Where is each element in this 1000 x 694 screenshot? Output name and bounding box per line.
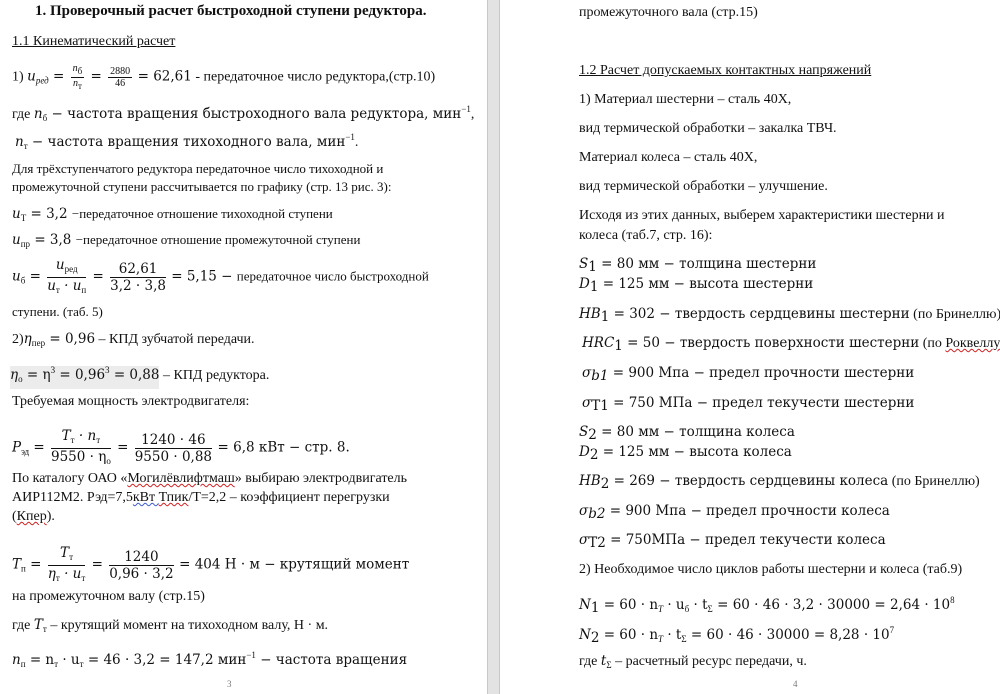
material-line-1: 1) Материал шестерни – сталь 40Х, [579, 91, 791, 108]
grammar-check-word[interactable]: кВт [133, 490, 159, 505]
property-sigma-b1: σb1 = 900 Мпа − предел прочности шестерн… [582, 365, 914, 385]
formula-n1: N1 = 60 · nT · uб · tΣ = 60 · 46 · 3,2 ·… [579, 592, 955, 618]
fraction: 1240 · 469550 · 0,88 [135, 432, 212, 465]
property-d2: D2 = 125 мм − высота колеса [579, 444, 792, 464]
formula-n-p: nп = nт · uт = 46 · 3,2 = 147,2 мин−1 − … [12, 647, 407, 673]
formula-n2: N2 = 60 · nT · tΣ = 60 · 46 · 30000 = 8,… [579, 622, 894, 648]
definition-n-t: nт − частота вращения тихоходного вала, … [15, 129, 358, 155]
definition-n-b: где nб − частота вращения быстроходного … [12, 101, 474, 127]
fraction: nбnт [71, 63, 85, 92]
document-page-3: 1. Проверочный расчет быстроходной ступе… [0, 0, 488, 694]
catalog-line-3: (Кпер). [12, 508, 55, 525]
t-p-continuation: на промежуточном валу (стр.15) [12, 588, 205, 605]
definition-t-t: где Tт – крутящий момент на тихоходном в… [12, 617, 328, 638]
formula-u-red: 1) uред = nбnт = 288046 = 62,61 - переда… [12, 63, 435, 92]
section-heading: 1. Проверочный расчет быстроходной ступе… [35, 3, 426, 20]
formula-u-b: uб = uредuт · uп = 62,613,2 · 3,8 = 5,15… [12, 257, 429, 298]
property-s2: S2 = 80 мм − толщина колеса [579, 424, 795, 444]
subsection-heading-kinematic: 1.1 Кинематический расчет [12, 33, 175, 50]
material-line-2: вид термической обработки – закалка ТВЧ. [579, 120, 837, 137]
continuation-text: промежуточного вала (стр.15) [579, 4, 758, 21]
selection-highlight: ηо = η3 = 0,963 = 0,88 [10, 366, 159, 389]
property-hb1: HB1 = 302 − твердость сердцевины шестерн… [579, 306, 1000, 326]
material-line-3: Материал колеса – сталь 40Х, [579, 149, 757, 166]
formula-u-t: uТ = 3,2 −передаточное отношение тихоход… [12, 205, 333, 227]
formula-t-p: Tп = Tтηт · uт = 12400,96 · 3,2 = 404 Н … [12, 545, 409, 586]
property-s1: S1 = 80 мм − толщина шестерни [579, 256, 816, 276]
spellcheck-word[interactable]: Тпик [159, 490, 189, 505]
catalog-line-2: АИР112М2. Рэд=7,5кВт Тпик/Т=2,2 – коэффи… [12, 489, 390, 506]
page-number: 4 [793, 679, 798, 689]
property-sigma-b2: σb2 = 900 Мпа − предел прочности колеса [579, 503, 890, 523]
catalog-line-1: По каталогу ОАО «Могилёвлифтмаш» выбираю… [12, 470, 407, 487]
formula-p-ed: Pэд = Tт · nт9550 · ηо = 1240 · 469550 ·… [12, 428, 350, 469]
fraction: 288046 [108, 66, 132, 89]
fraction: Tтηт · uт [48, 545, 86, 586]
cycles-label: 2) Необходимое число циклов работы шесте… [579, 561, 962, 578]
power-label: Требуемая мощность электродвигателя: [12, 393, 249, 410]
note-line-2: промежуточной ступени рассчитывается по … [12, 178, 391, 195]
note-line-1: Для трёхступенчатого редуктора передаточ… [12, 160, 383, 177]
formula-eta-per: 2)ηпер = 0,96 – КПД зубчатой передачи. [12, 331, 255, 352]
selection-line-2: колеса (таб.7, стр. 16): [579, 227, 712, 244]
formula-u-pr: uпр = 3,8 −передаточное отношение промеж… [12, 231, 360, 253]
fraction: Tт · nт9550 · ηо [51, 428, 111, 469]
property-hrc1: HRC1 = 50 − твердость поверхности шестер… [582, 335, 1000, 355]
document-page-4: промежуточного вала (стр.15) 1.2 Расчет … [499, 0, 1000, 694]
material-line-4: вид термической обработки – улучшение. [579, 178, 828, 195]
property-sigma-t2: σT2 = 750МПа − предел текучести колеса [579, 532, 886, 552]
property-d1: D1 = 125 мм − высота шестерни [579, 276, 813, 296]
fraction: 12400,96 · 3,2 [109, 549, 173, 582]
spellcheck-word[interactable]: Кпер [17, 509, 47, 524]
definition-t-sigma: где tΣ – расчетный ресурс передачи, ч. [579, 653, 807, 674]
spellcheck-word[interactable]: Роквеллу [945, 336, 1000, 351]
property-sigma-t1: σT1 = 750 МПа − предел текучести шестерн… [582, 395, 914, 415]
subsection-heading-stresses: 1.2 Расчет допускаемых контактных напряж… [579, 62, 871, 79]
property-hb2: HB2 = 269 − твердость сердцевины колеса … [579, 473, 980, 493]
formula-u-b-continuation: ступени. (таб. 5) [12, 303, 103, 320]
fraction: uредuт · uп [47, 257, 86, 298]
fraction: 62,613,2 · 3,8 [110, 261, 166, 294]
spellcheck-word[interactable]: Могилёвлифтмаш [127, 471, 234, 486]
page-number: 3 [227, 679, 232, 689]
formula-eta-o: ηо = η3 = 0,963 = 0,88 – КПД редуктора. [10, 362, 269, 388]
selection-line-1: Исходя из этих данных, выберем характери… [579, 207, 945, 224]
